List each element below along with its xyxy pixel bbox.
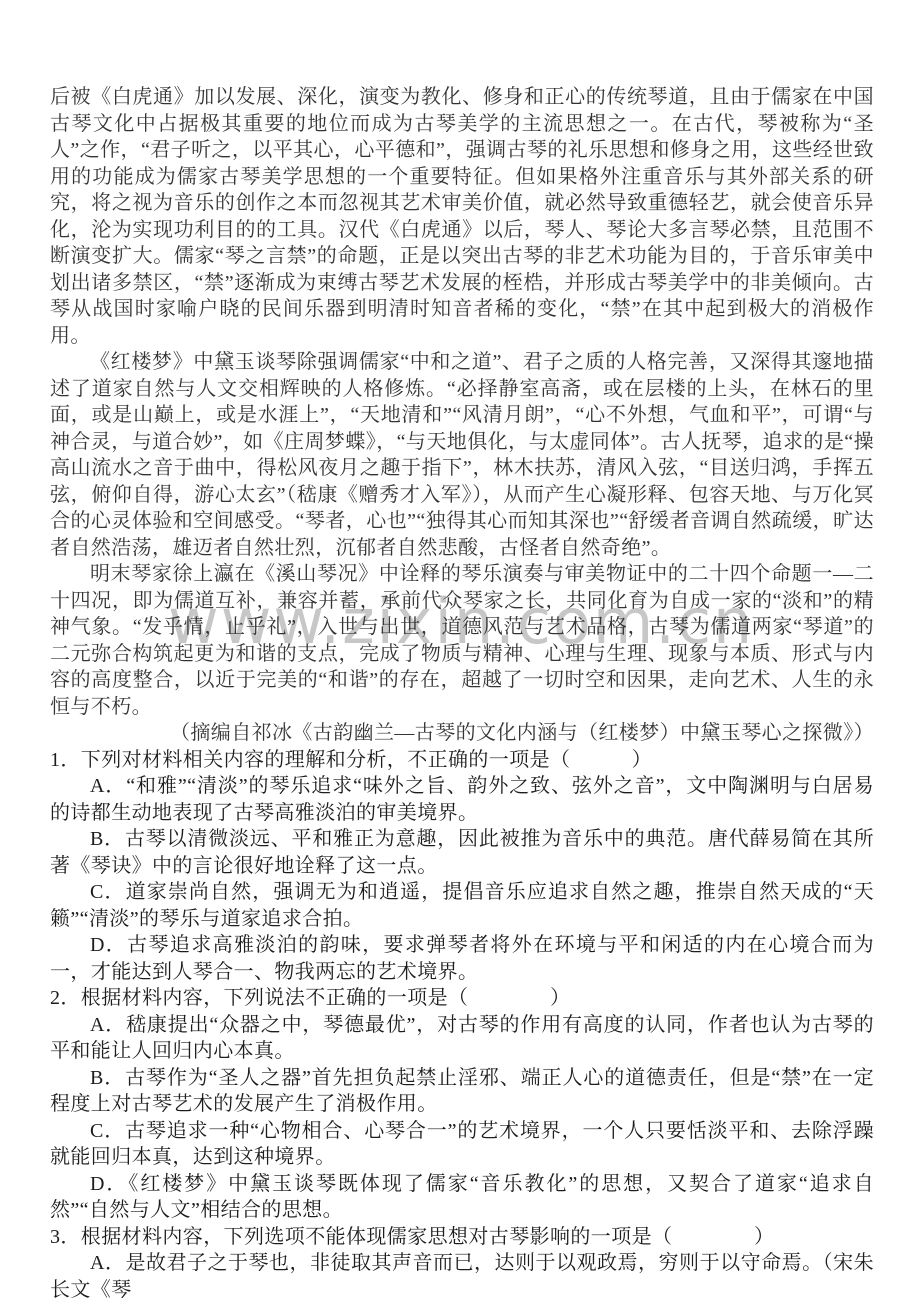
passage-attribution: （摘编自祁冰《古韵幽兰—古琴的文化内涵与（红楼梦）中黛玉琴心之探微》） — [50, 720, 874, 747]
passage-paragraph-2: 《红楼梦》中黛玉谈琴除强调儒家“中和之道”、君子之质的人格完善，又深得其邃地描述… — [50, 349, 874, 561]
passage-paragraph-3: 明末琴家徐上瀛在《溪山琴况》中诠释的琴乐演奏与审美物证中的二十四个命题一—二十四… — [50, 561, 874, 720]
question-2: 2．根据材料内容，下列说法不正确的一项是（ ） A．嵇康提出“众器之中，琴德最优… — [50, 985, 874, 1224]
question-1-stem: 1．下列对材料相关内容的理解和分析，不正确的一项是（ ） — [50, 747, 874, 774]
questions-section: 1．下列对材料相关内容的理解和分析，不正确的一项是（ ） A．“和雅”“清淡”的… — [50, 747, 874, 1302]
question-2-option-d: D．《红楼梦》中黛玉谈琴既体现了儒家“音乐教化”的思想，又契合了道家“追求自然”… — [50, 1171, 874, 1224]
question-1: 1．下列对材料相关内容的理解和分析，不正确的一项是（ ） A．“和雅”“清淡”的… — [50, 747, 874, 986]
passage-paragraph-1: 后被《白虎通》加以发展、深化，演变为教化、修身和正心的传统琴道，且由于儒家在中国… — [50, 84, 874, 349]
question-3: 3．根据材料内容，下列选项不能体现儒家思想对古琴影响的一项是（ ） A．是故君子… — [50, 1224, 874, 1302]
question-1-option-c: C．道家崇尚自然，强调无为和逍遥，提倡音乐应追求自然之趣，推崇自然天成的“天籁”… — [50, 879, 874, 932]
question-3-stem: 3．根据材料内容，下列选项不能体现儒家思想对古琴影响的一项是（ ） — [50, 1224, 874, 1251]
question-1-option-d: D．古琴追求高雅淡泊的韵味，要求弹琴者将外在环境与平和闲适的内在心境合而为一，才… — [50, 932, 874, 985]
reading-passage: 后被《白虎通》加以发展、深化，演变为教化、修身和正心的传统琴道，且由于儒家在中国… — [50, 84, 874, 747]
question-1-option-b: B．古琴以清微淡远、平和雅正为意趣，因此被推为音乐中的典范。唐代薛易简在其所著《… — [50, 826, 874, 879]
page-content: 后被《白虎通》加以发展、深化，演变为教化、修身和正心的传统琴道，且由于儒家在中国… — [50, 84, 874, 1302]
question-2-stem: 2．根据材料内容，下列说法不正确的一项是（ ） — [50, 985, 874, 1012]
question-2-option-a: A．嵇康提出“众器之中，琴德最优”，对古琴的作用有高度的认同，作者也认为古琴的平… — [50, 1012, 874, 1065]
question-1-option-a: A．“和雅”“清淡”的琴乐追求“味外之旨、韵外之致、弦外之音”，文中陶渊明与白居… — [50, 773, 874, 826]
question-3-option-a: A．是故君子之于琴也，非徒取其声音而已，达则于以观政焉，穷则于以守命焉。（宋朱长… — [50, 1250, 874, 1302]
question-2-option-b: B．古琴作为“圣人之器”首先担负起禁止淫邪、端正人心的道德责任，但是“禁”在一定… — [50, 1065, 874, 1118]
question-2-option-c: C．古琴追求一种“心物相合、心琴合一”的艺术境界，一个人只要恬淡平和、去除浮躁就… — [50, 1118, 874, 1171]
document-page: www.zixin.com.cn 后被《白虎通》加以发展、深化，演变为教化、修身… — [0, 0, 920, 1302]
